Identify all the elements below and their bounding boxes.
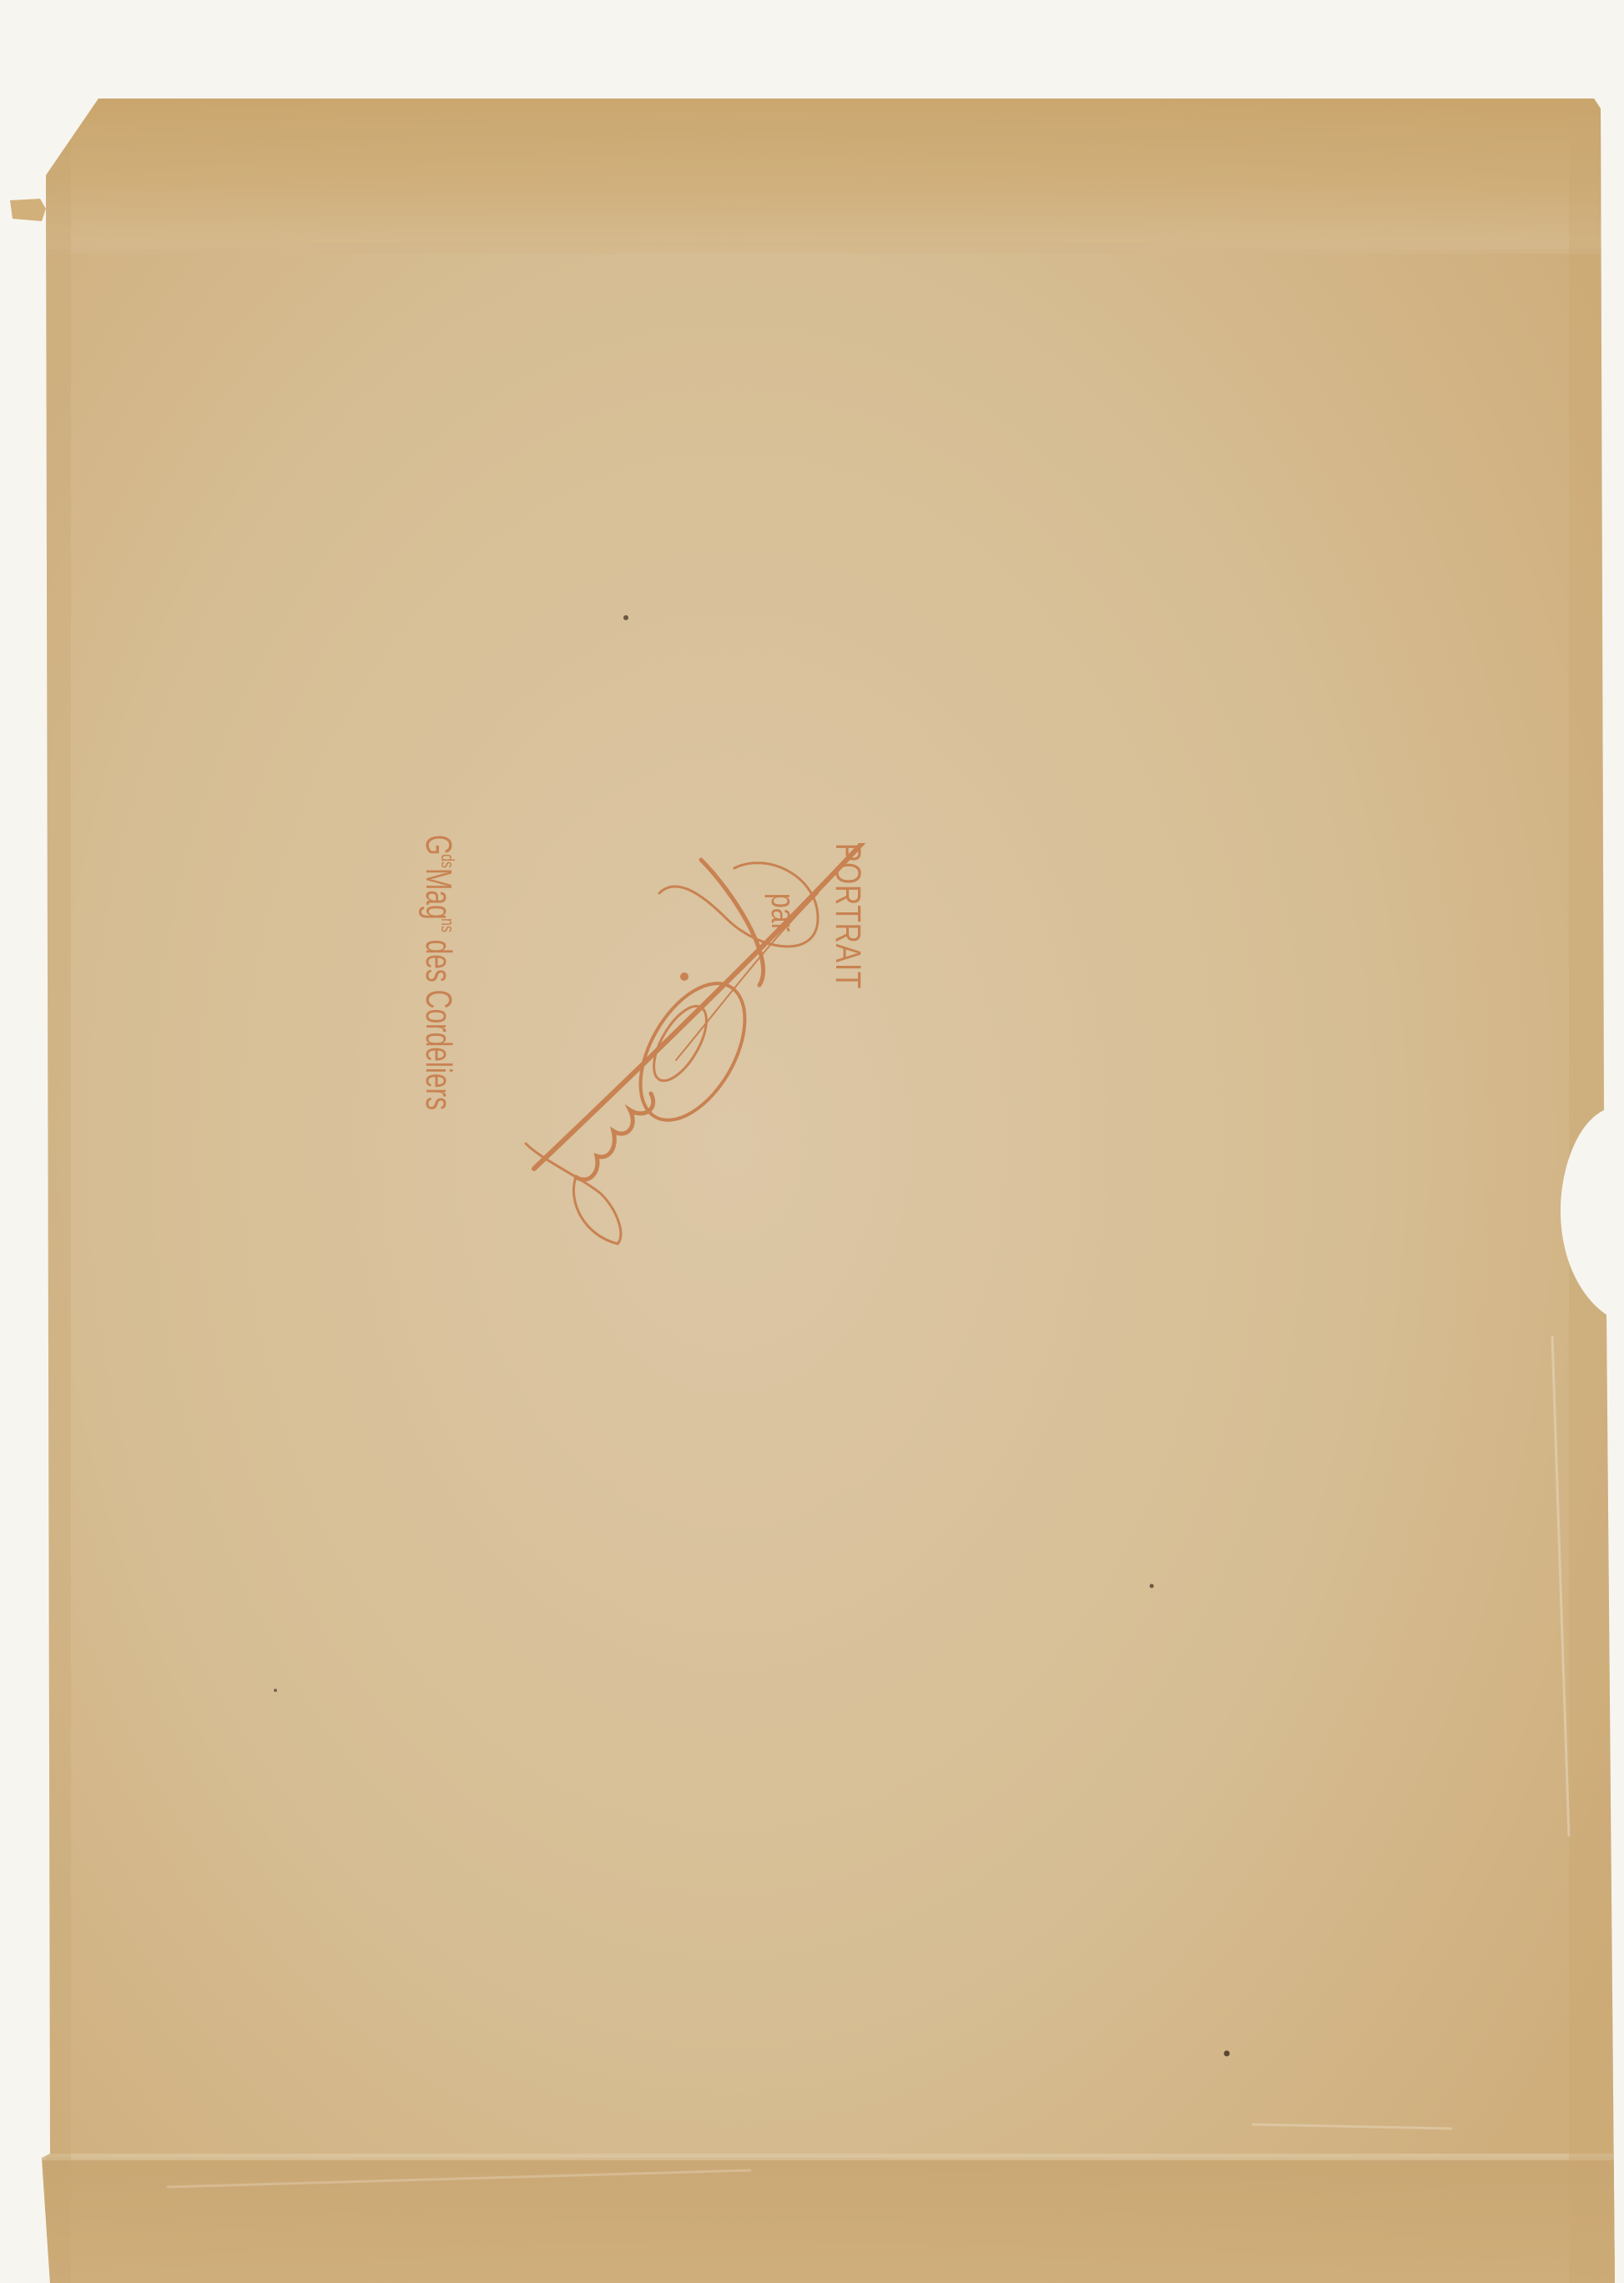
store-prefix-sup: ds	[437, 854, 458, 868]
store-word-sup: ns	[437, 918, 458, 932]
envelope: PORTRAIT par	[0, 0, 1624, 2283]
store-rest: des Cordeliers	[418, 940, 459, 1110]
store-prefix: G	[418, 835, 459, 856]
store-word: Mag	[418, 868, 459, 920]
signature-flourish	[517, 843, 868, 1277]
stamp-store-name: GdsMagns des Cordeliers	[417, 835, 459, 1110]
photographer-stamp: PORTRAIT par	[868, 843, 869, 844]
